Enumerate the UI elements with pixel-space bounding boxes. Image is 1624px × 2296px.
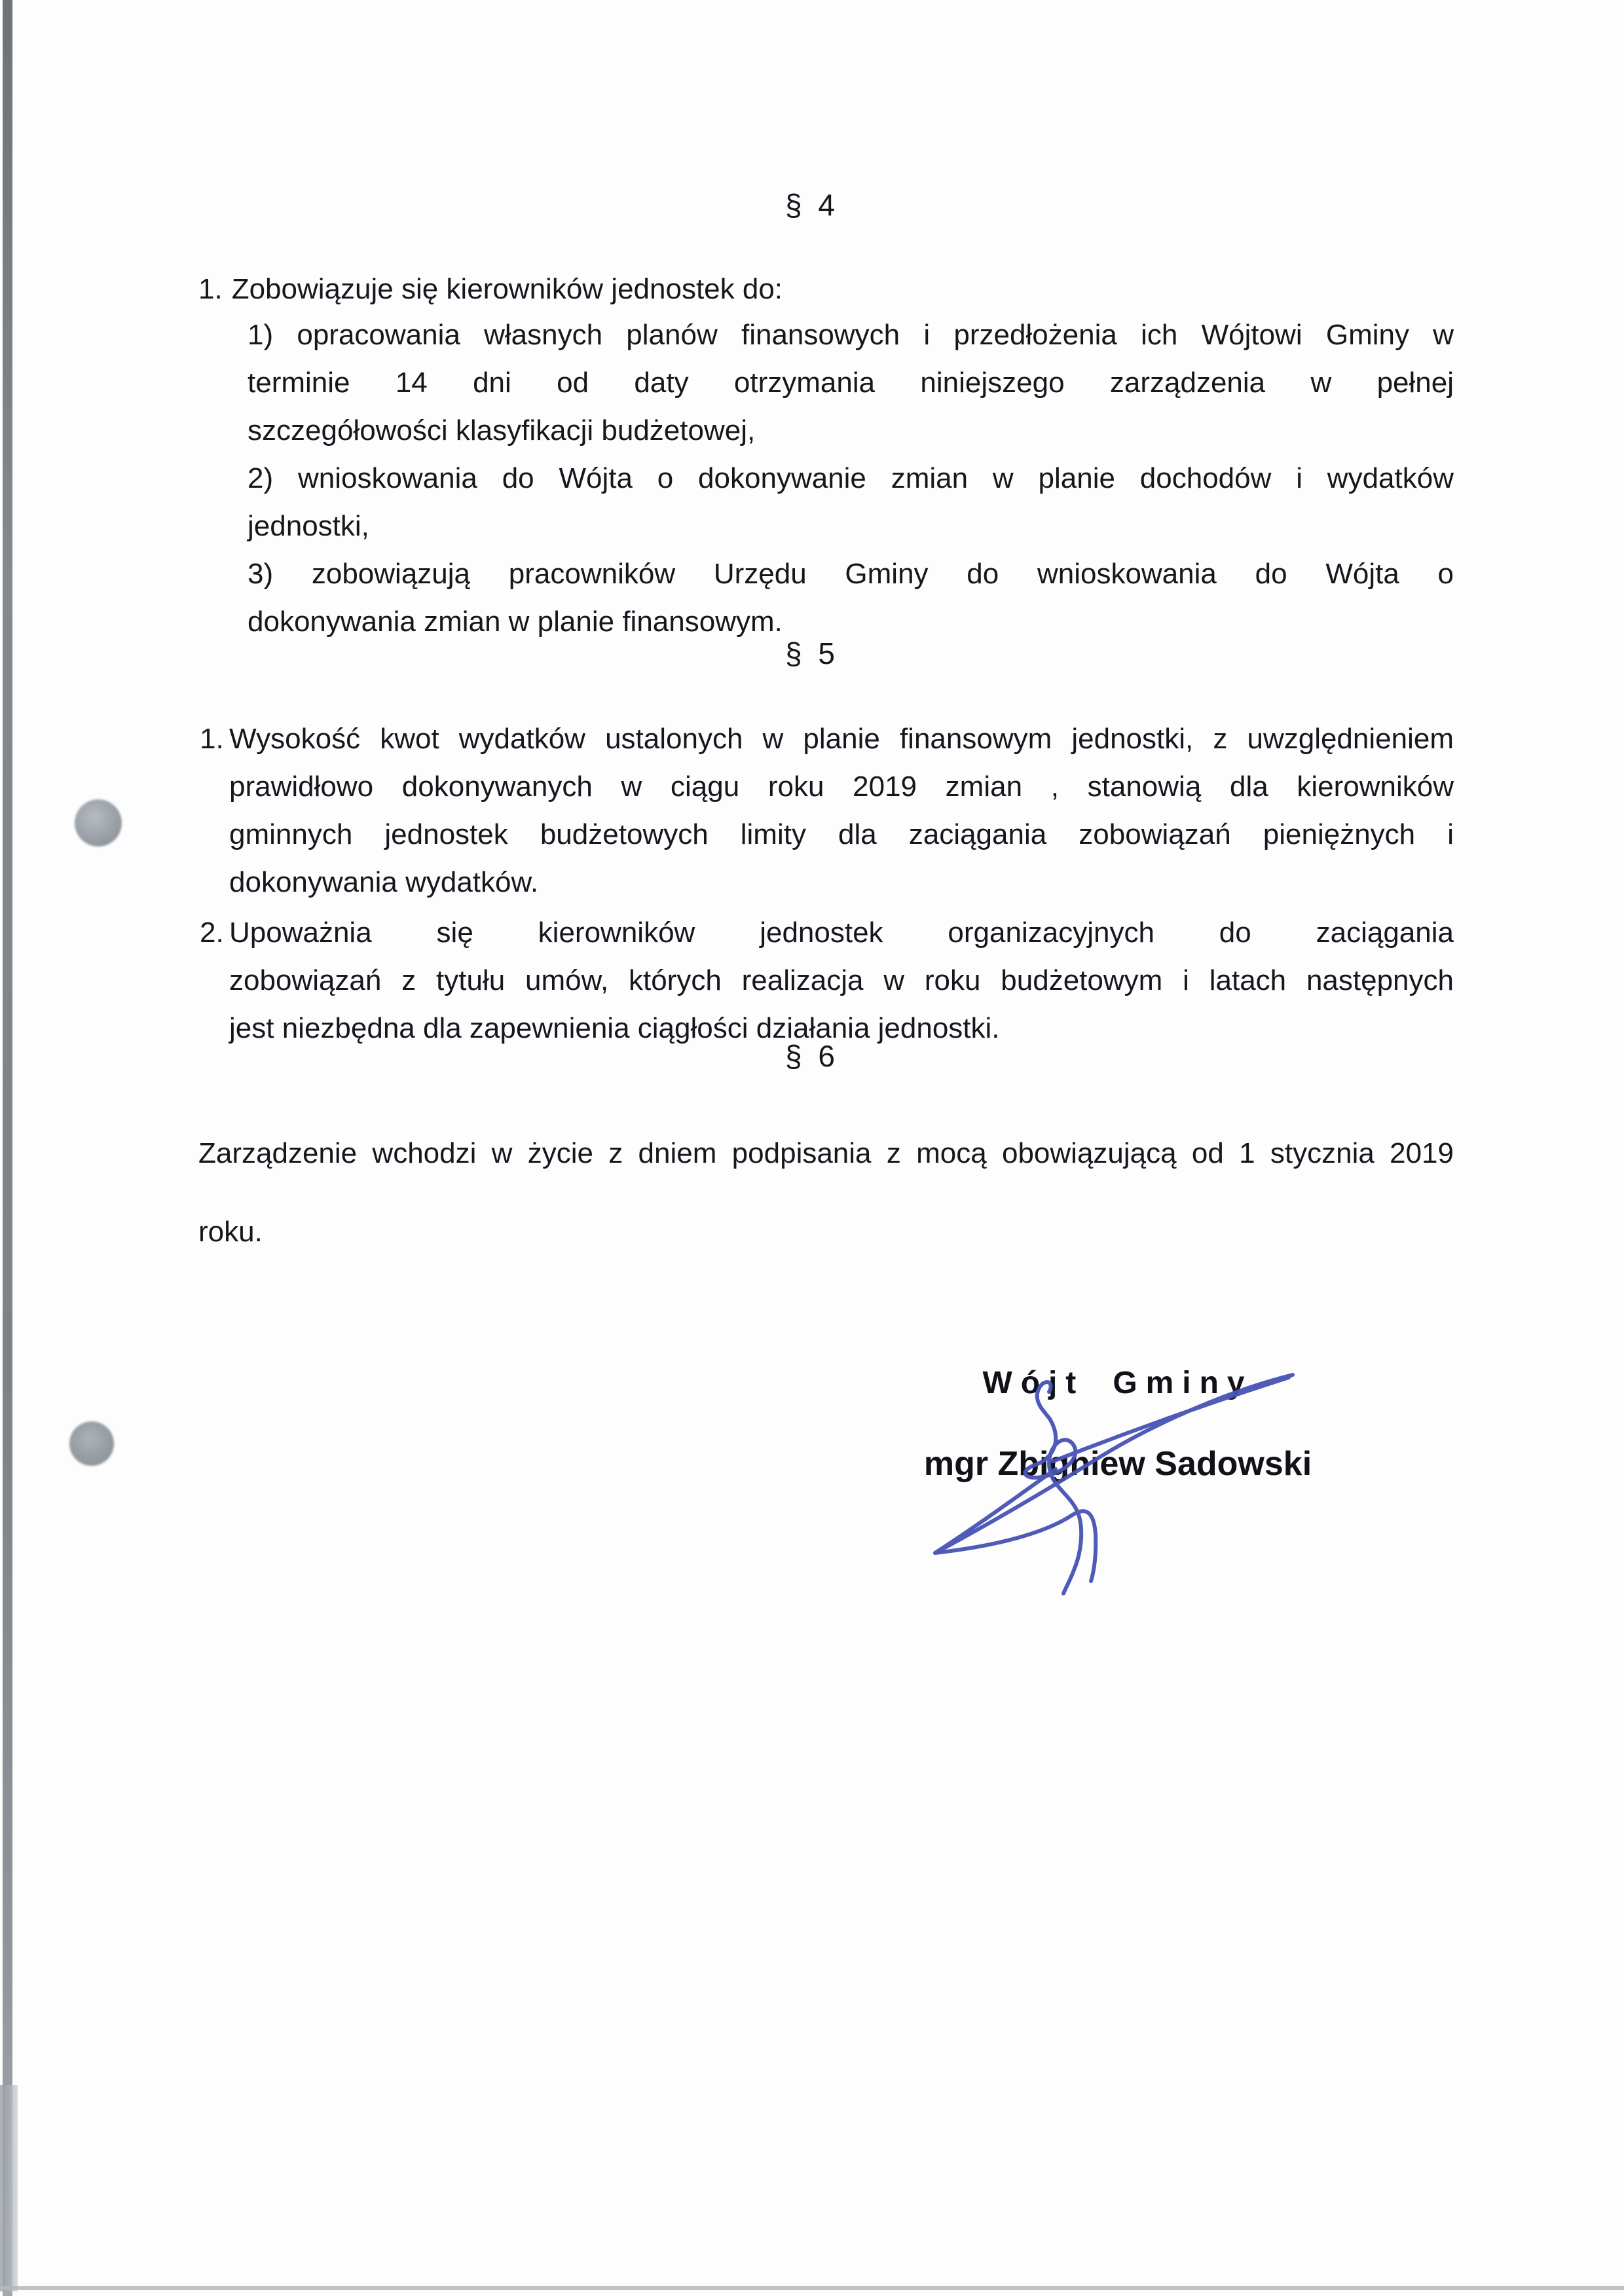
list-marker: 1. bbox=[198, 273, 223, 305]
signature-title: Wójt Gminy bbox=[876, 1364, 1360, 1403]
text-line: terminie 14 dni od daty otrzymania ninie… bbox=[248, 359, 1454, 407]
punch-hole-dot-bottom bbox=[69, 1421, 114, 1466]
section-6-paragraph: Zarządzenie wchodzi w życie z dniem podp… bbox=[198, 1114, 1454, 1271]
section-4-subitem-2: 2) wnioskowania do Wójta o dokonywanie z… bbox=[248, 454, 1454, 550]
scan-left-edge-bottom bbox=[0, 2085, 18, 2291]
section-5-item-1: 1.Wysokość kwot wydatków ustalonych w pl… bbox=[200, 715, 1454, 906]
signature-block: Wójt Gminy mgr Zbigniew Sadowski bbox=[876, 1364, 1360, 1485]
text-line: Zarządzenie wchodzi w życie z dniem podp… bbox=[198, 1114, 1454, 1193]
section-4-subitem-1: 1) opracowania własnych planów finansowy… bbox=[248, 311, 1454, 454]
signature-name: mgr Zbigniew Sadowski bbox=[876, 1443, 1360, 1485]
section-4-subitem-3: 3) zobowiązują pracowników Urzędu Gminy … bbox=[248, 550, 1454, 646]
scan-left-edge bbox=[3, 0, 12, 2296]
section-4-item-1: 1.Zobowiązuje się kierowników jednostek … bbox=[198, 265, 1456, 313]
text-line: prawidłowo dokonywanych w ciągu roku 201… bbox=[200, 763, 1454, 811]
section-4-heading: § 4 bbox=[0, 185, 1624, 225]
list-marker: 1. bbox=[200, 715, 229, 763]
text-line: Upoważnia się kierowników jednostek orga… bbox=[229, 917, 1454, 949]
text-line: dokonywania wydatków. bbox=[200, 858, 1454, 906]
text-line: szczegółowości klasyfikacji budżetowej, bbox=[248, 407, 1454, 454]
section-6-heading: § 6 bbox=[0, 1036, 1624, 1076]
text-line: 1) opracowania własnych planów finansowy… bbox=[248, 311, 1454, 359]
list-marker: 2. bbox=[200, 909, 229, 957]
text-line: 3) zobowiązują pracowników Urzędu Gminy … bbox=[248, 550, 1454, 598]
scan-bottom-edge bbox=[0, 2286, 1624, 2290]
text-line: roku. bbox=[198, 1193, 1454, 1271]
text-line: jednostki, bbox=[248, 502, 1454, 550]
text-line: zobowiązań z tytułu umów, których realiz… bbox=[200, 957, 1454, 1004]
text-line: Wysokość kwot wydatków ustalonych w plan… bbox=[229, 723, 1454, 755]
list-text: Zobowiązuje się kierowników jednostek do… bbox=[232, 273, 783, 305]
scanned-document-page: § 4 1.Zobowiązuje się kierowników jednos… bbox=[0, 0, 1624, 2296]
section-5-heading: § 5 bbox=[0, 634, 1624, 673]
punch-hole-dot-top bbox=[75, 799, 122, 847]
section-5-item-2: 2.Upoważnia się kierowników jednostek or… bbox=[200, 909, 1454, 1052]
text-line: 2) wnioskowania do Wójta o dokonywanie z… bbox=[248, 454, 1454, 502]
text-line: gminnych jednostek budżetowych limity dl… bbox=[200, 811, 1454, 858]
